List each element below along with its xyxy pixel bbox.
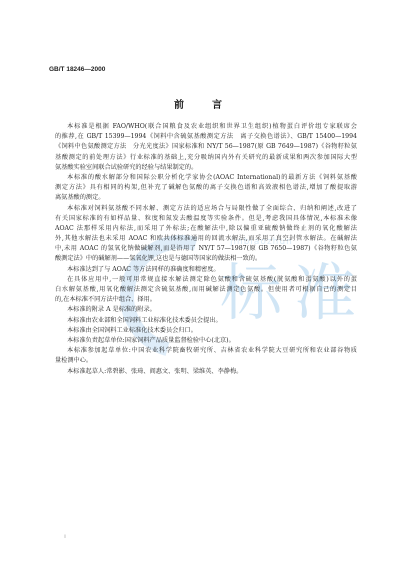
- text-line: 《饲料中色氨酸测定方法 分光光度法》国家标准和 NY/T 56—1987(原 G…: [55, 142, 357, 152]
- text-line: 中,未用 AOAC 的氢氧化钠做碱解剂,而是沿用了 NY/T 57—1987(原…: [55, 244, 357, 254]
- text-line: 本标准达到了与 AOAC 等方法同样的准确度和精密度。: [55, 265, 357, 275]
- text-line: 酸测定法》中的碱解剂——氢氧化锂,这也是与德国等国家的做法相一致的。: [55, 254, 357, 264]
- text-line: 本标准的酸水解部分和国际公职分析化学家协会(AOAC International…: [55, 173, 357, 183]
- text-line: 本标准由农业部和全国饲料工业标准化技术委员会提出。: [55, 316, 357, 326]
- text-line: 氨基酸实验室间联合试验研究的经验与结果制定的。: [55, 163, 357, 173]
- text-line: 本标准起草人:常碧影、张琦、阎惠文、张明、梁维英、李静梅。: [55, 367, 357, 377]
- text-line: 白水解氨基酸,用氧化酸解法测定含硫氨基酸,而用碱解法测定色氨酸。但使用者可根据自…: [55, 285, 357, 295]
- text-line: 本标准是根据 FAO/WHO(联合国粮食及农业组织和世界卫生组织)植物蛋白评价组…: [55, 122, 357, 132]
- text-line: 本标准对饲料氨基酸不同水解、测定方法的适应场合与局限性做了全面综合、归纳和阐述,…: [55, 204, 357, 214]
- text-line: 本标准的附录 A 是标准的附录。: [55, 305, 357, 315]
- text-line: 本标准由全国饲料工业标准化技术委员会归口。: [55, 326, 357, 336]
- paragraph: 本标准起草人:常碧影、张琦、阎惠文、张明、梁维英、李静梅。: [55, 367, 357, 377]
- page-number: Ⅱ: [64, 534, 66, 539]
- paragraph: 本标准对饲料氨基酸不同水解、测定方法的适应场合与局限性做了全面综合、归纳和阐述,…: [55, 204, 357, 265]
- paragraph: 在具体应用中,一般可用常规直接水解法测定除色氨酸和含硫氨基酸(胱氨酸和蛋氨酸)以…: [55, 275, 357, 306]
- standard-number: GB/T 18246—2000: [49, 66, 105, 73]
- page-title: 前言: [0, 96, 400, 111]
- text-line: AOAC 法那样采用内标法,而采用了外标法;在酸解法中,除以偏重亚硫酸钠做终止剂…: [55, 224, 357, 234]
- paragraph: 本标准参加起草单位:中国农业科学院畜牧研究所、吉林省农业科学院大豆研究所和农业部…: [55, 346, 357, 366]
- paragraph: 本标准的附录 A 是标准的附录。: [55, 305, 357, 315]
- text-line: 基酸测定的前处理方法》行业标准的基础上,充分吸纳国内外有关研究的最新成果和两次参…: [55, 153, 357, 163]
- text-line: 本标准负责起草单位:国家饲料产品质量监督检验中心(北京)。: [55, 336, 357, 346]
- text-line: 在具体应用中,一般可用常规直接水解法测定除色氨酸和含硫氨基酸(胱氨酸和蛋氨酸)以…: [55, 275, 357, 285]
- paragraph: 本标准的酸水解部分和国际公职分析化学家协会(AOAC International…: [55, 173, 357, 204]
- document-body: 本标准是根据 FAO/WHO(联合国粮食及农业组织和世界卫生组织)植物蛋白评价组…: [55, 122, 357, 377]
- text-line: 外,其他水解法也未采用 AOAC 和欧共体标准通用的回流水解法,而采用了真空封管…: [55, 234, 357, 244]
- paragraph: 本标准负责起草单位:国家饲料产品质量监督检验中心(北京)。: [55, 336, 357, 346]
- text-line: 离氨基酸的测定。: [55, 193, 357, 203]
- text-line: 测定方法》具有相同的构架,但补充了碱解色氨酸的离子交换色谱和高效液相色谱法,增加…: [55, 183, 357, 193]
- text-line: 量检测中心。: [55, 356, 357, 366]
- text-line: 的推荐,在 GB/T 15399—1994《饲料中含硫氨基酸测定方法 离子交换色…: [55, 132, 357, 142]
- paragraph: 本标准达到了与 AOAC 等方法同样的准确度和精密度。: [55, 265, 357, 275]
- text-line: 有关国家标准的有如样品量、粒度和氮发去酸温度等实验条件。但是,考虑我国具体情况,…: [55, 214, 357, 224]
- text-line: 本标准参加起草单位:中国农业科学院畜牧研究所、吉林省农业科学院大豆研究所和农业部…: [55, 346, 357, 356]
- text-line: 的,在本标准不同方法中组合、择用。: [55, 295, 357, 305]
- paragraph: 本标准是根据 FAO/WHO(联合国粮食及农业组织和世界卫生组织)植物蛋白评价组…: [55, 122, 357, 173]
- paragraph: 本标准由农业部和全国饲料工业标准化技术委员会提出。: [55, 316, 357, 326]
- paragraph: 本标准由全国饲料工业标准化技术委员会归口。: [55, 326, 357, 336]
